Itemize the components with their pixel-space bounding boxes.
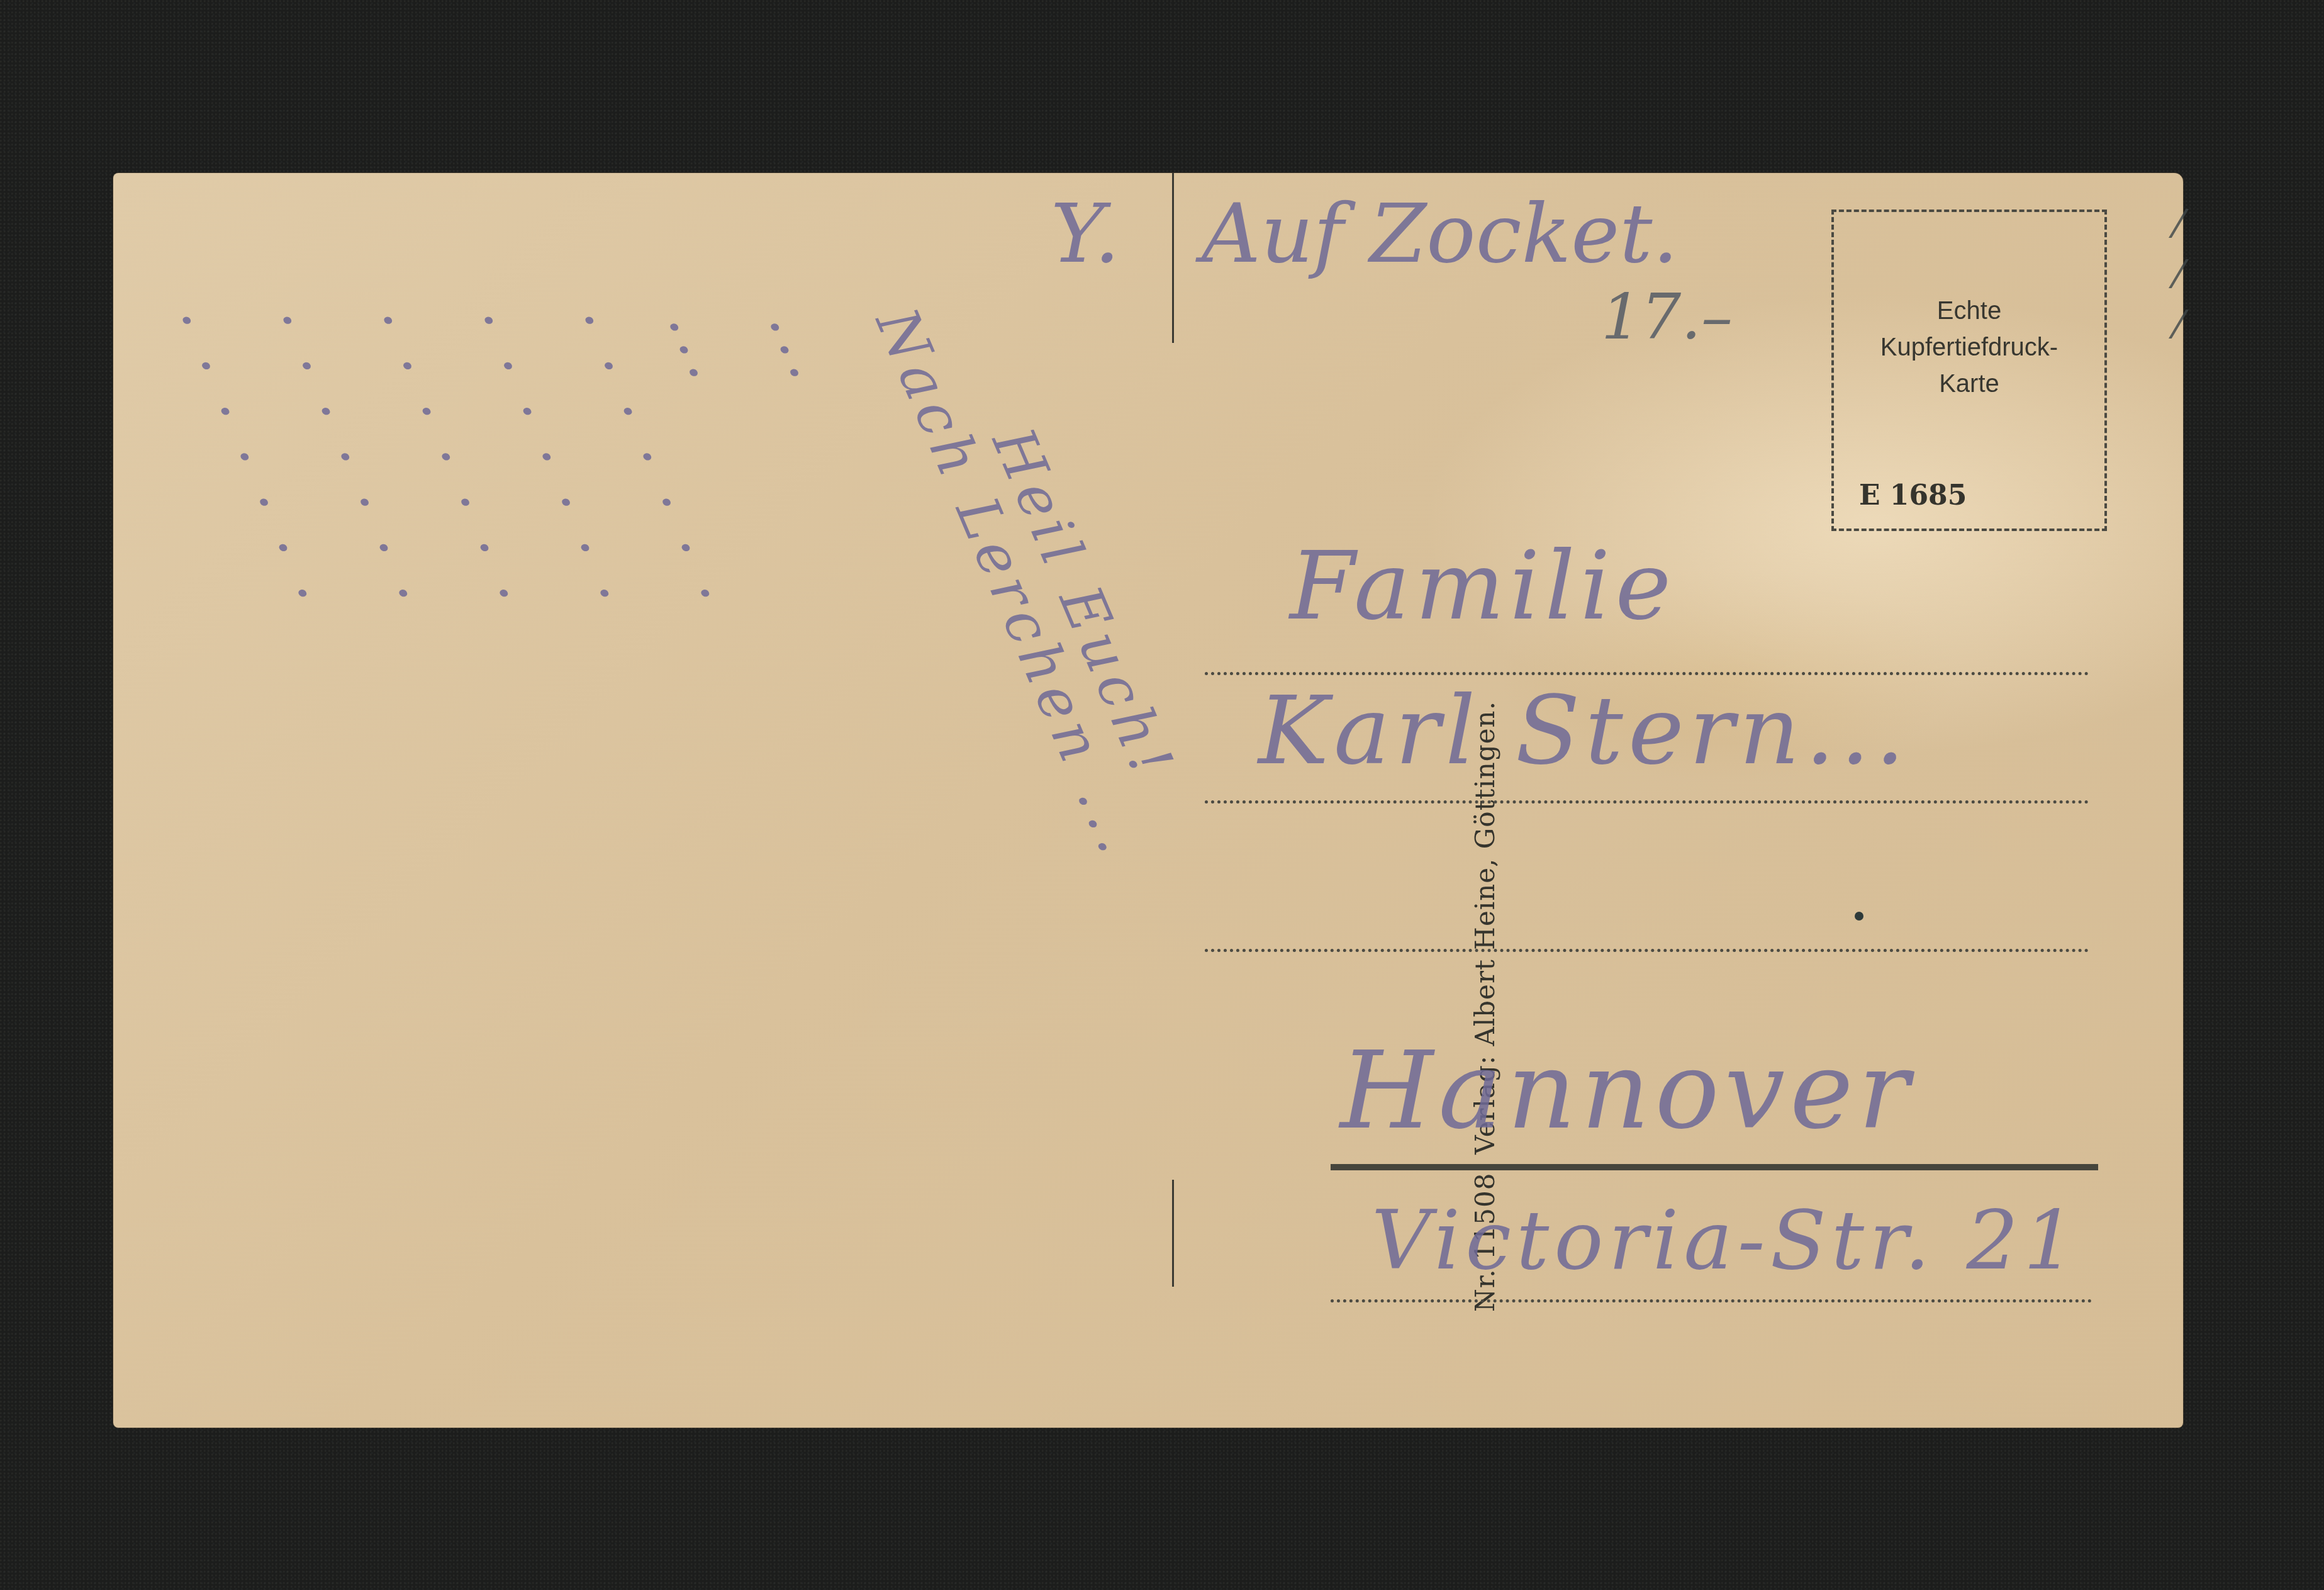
stamp-box-code: E 1685 — [1859, 479, 1967, 512]
stamp-box-text: Echte Kupfertiefdruck- Karte — [1834, 293, 2104, 402]
address-line — [1205, 949, 2089, 952]
divider-line-bottom — [1172, 1180, 1174, 1287]
address-line1: Familie — [1290, 532, 1676, 641]
postmark-fragment: ⁄⁄⁄ — [2157, 199, 2182, 350]
postcard-back: Nr. 11508. Verlag: Albert Heine, Götting… — [113, 173, 2183, 1428]
address-line-underline — [1331, 1164, 2098, 1170]
stamp-box-line: Karte — [1834, 366, 2104, 402]
address-street: Victoria-Str. 21 — [1371, 1192, 2081, 1288]
stamp-box-line: Kupfertiefdruck- — [1834, 329, 2104, 366]
address-line — [1205, 672, 2089, 675]
address-city: Hannover — [1340, 1029, 1914, 1153]
pencil-mark: 17.– — [1601, 280, 1733, 354]
message-line: ... — [656, 299, 746, 393]
address-line — [1205, 800, 2089, 803]
ink-spot — [1855, 912, 1863, 921]
stamp-box-line: Echte — [1834, 293, 2104, 329]
handwritten-note-left: Y. — [1051, 186, 1120, 281]
message-line: ... — [756, 299, 847, 393]
address-line — [1331, 1299, 2092, 1302]
stamp-box: Echte Kupfertiefdruck- Karte E 1685 — [1831, 210, 2107, 531]
address-line2: Karl Stern... — [1258, 676, 1910, 786]
divider-line-top — [1172, 173, 1174, 343]
handwritten-note-right: Auf Zocket. — [1202, 186, 1679, 281]
